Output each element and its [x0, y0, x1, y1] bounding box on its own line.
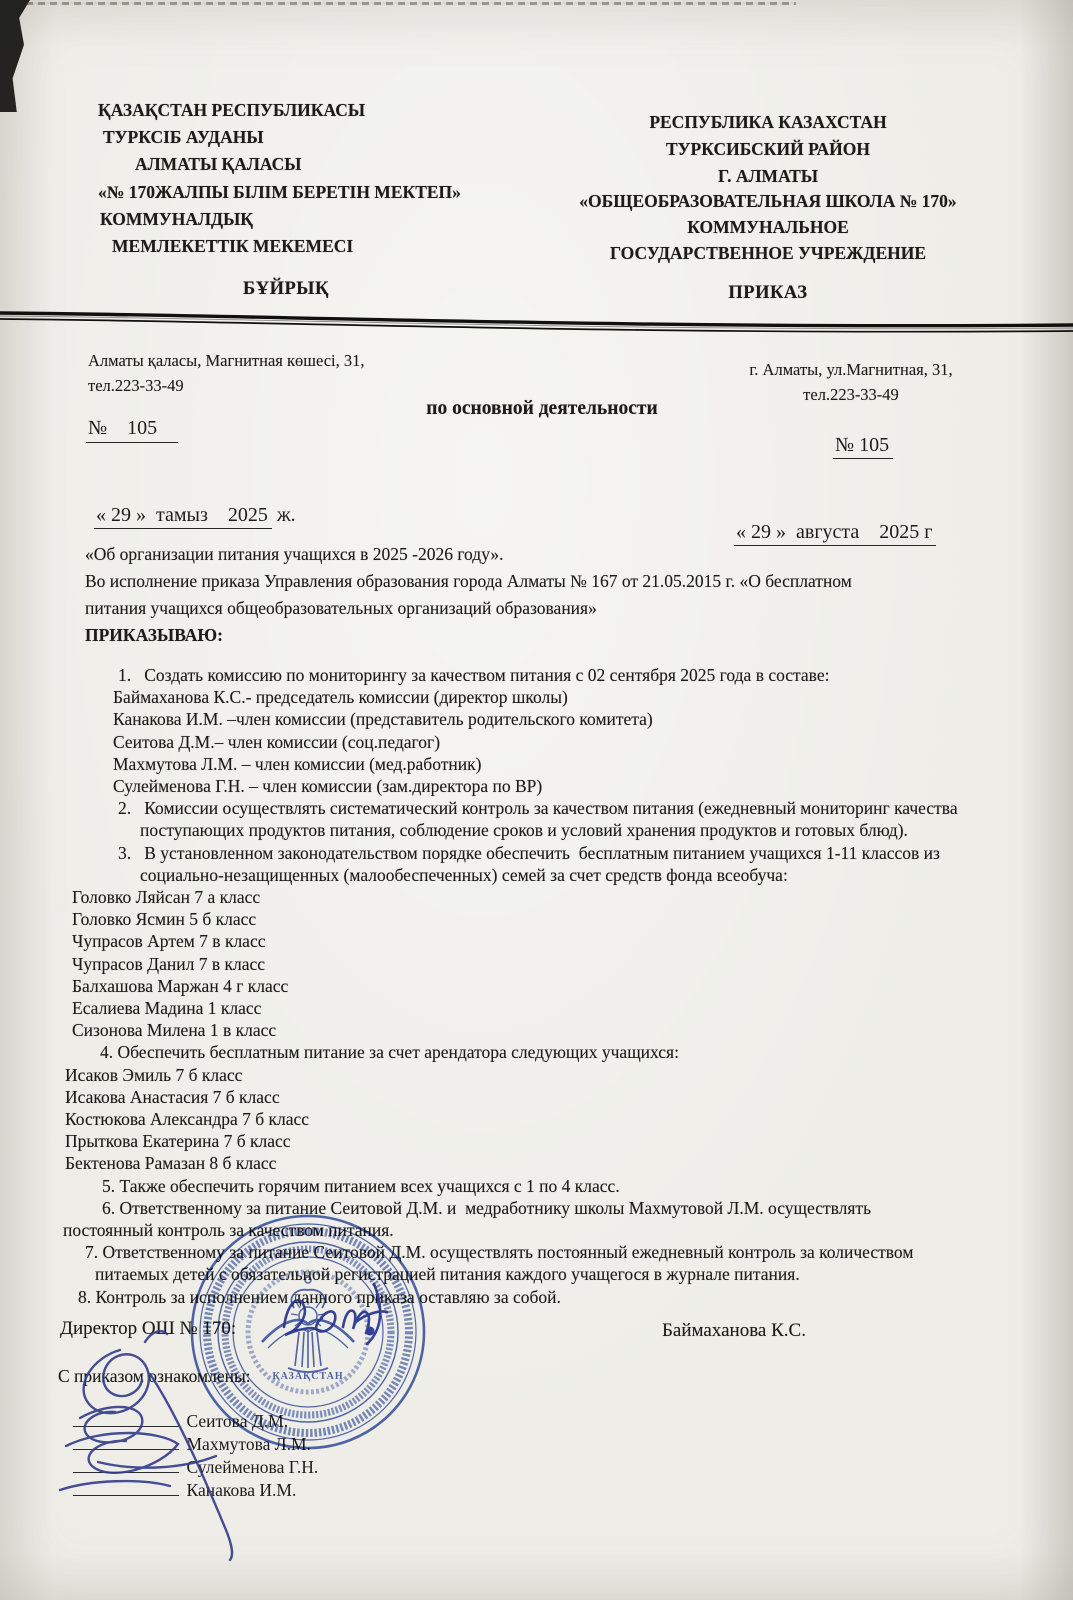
address-line: тел.223-33-49	[88, 373, 365, 398]
order-item-line: социально-незащищенных (малообеспеченных…	[140, 864, 1073, 886]
order-item-line: 3. В установленном законодательством пор…	[118, 842, 1073, 864]
order-directive-word: ПРИКАЗЫВАЮ:	[85, 622, 1073, 649]
commission-member: Сулейменова Г.Н. – член комиссии (зам.ди…	[113, 775, 1073, 797]
student-line: Прыткова Екатерина 7 б класс	[65, 1130, 1073, 1152]
ack-signature-line	[73, 1479, 179, 1496]
divider-rule	[0, 305, 1073, 341]
order-date-suffix: ж.	[272, 504, 296, 526]
letterhead-line: ГОСУДАРСТВЕННОЕ УЧРЕЖДЕНИЕ	[512, 243, 1024, 264]
student-line: Бектенова Рамазан 8 б класс	[65, 1152, 1073, 1174]
director-label: Директор ОШ № 170:	[60, 1318, 236, 1340]
student-line: Чупрасов Данил 7 в класс	[72, 953, 1073, 975]
letterhead-line: МЕМЛЕКЕТТІК МЕКЕМЕСІ	[112, 236, 353, 257]
student-line: Есалиева Мадина 1 класс	[72, 997, 1073, 1019]
order-number-value: № 105	[86, 417, 178, 443]
letterhead-line: Г. АЛМАТЫ	[512, 166, 1024, 187]
student-line: Исакова Анастасия 7 б класс	[65, 1086, 1073, 1108]
order-item-line: 1. Создать комиссию по мониторингу за ка…	[118, 664, 1073, 686]
letterhead-line: «№ 170ЖАЛПЫ БІЛІМ БЕРЕТІН МЕКТЕП»	[98, 182, 461, 203]
order-title-line: «Об организации питания учащихся в 2025 …	[85, 541, 1073, 568]
student-line: Исаков Эмиль 7 б класс	[65, 1064, 1073, 1086]
scanned-order-document: ҚАЗАҚСТАН РЕСПУБЛИКАСЫ ТУРКСІБ АУДАНЫ АЛ…	[0, 0, 1073, 1600]
doc-type-kazakh: БҰЙРЫҚ	[243, 279, 329, 300]
order-number-russian: № 105	[833, 434, 893, 457]
student-line: Головко Ляйсан 7 а класс	[72, 886, 1073, 908]
letterhead-line: КОММУНАЛДЫҚ	[100, 209, 253, 230]
letterhead-line: ТУРКСІБ АУДАНЫ	[103, 127, 264, 148]
order-number-kazakh: № 105	[86, 417, 178, 443]
commission-member: Канакова И.М. –член комиссии (представит…	[113, 708, 1073, 730]
stamp-country-text: ҚАЗАҚСТАН	[272, 1371, 343, 1382]
commission-member: Махмутова Л.М. – член комиссии (мед.рабо…	[113, 753, 1073, 775]
order-date-kazakh: « 29 » тамыз 2025 ж.	[74, 481, 296, 550]
order-body: «Об организации питания учащихся в 2025 …	[0, 541, 1073, 1308]
scan-top-edge-artifact	[26, 2, 796, 5]
student-line: Сизонова Милена 1 в класс	[72, 1019, 1073, 1041]
order-item-line: питаемых детей с обязательной регистраци…	[95, 1263, 1073, 1285]
order-item-line: 2. Комиссии осуществлять систематический…	[118, 797, 1073, 819]
address-kazakh: Алматы қаласы, Магнитная көшесі, 31, тел…	[88, 348, 365, 398]
student-line: Головко Ясмин 5 б класс	[72, 908, 1073, 930]
address-russian: г. Алматы, ул.Магнитная, 31, тел.223-33-…	[735, 357, 967, 407]
order-number-value: № 105	[833, 434, 893, 459]
order-item-line: постоянный контроль за качеством питания…	[63, 1219, 1073, 1241]
order-item-line: 7. Ответственному за питание Сеитовой Д.…	[85, 1241, 1073, 1263]
letterhead-line: АЛМАТЫ ҚАЛАСЫ	[135, 154, 301, 175]
ack-row: Канакова И.М.	[55, 1458, 296, 1522]
order-text-line: Во исполнение приказа Управления образов…	[85, 568, 1073, 595]
address-line: Алматы қаласы, Магнитная көшесі, 31,	[88, 348, 365, 373]
address-line: тел.223-33-49	[735, 382, 967, 407]
order-text-line: питания учащихся общеобразовательных орг…	[85, 595, 1073, 622]
commission-member: Сеитова Д.М.– член комиссии (соц.педагог…	[113, 731, 1073, 753]
ack-name: Канакова И.М.	[187, 1480, 297, 1500]
student-line: Балхашова Маржан 4 г класс	[72, 975, 1073, 997]
commission-member: Баймаханова К.С.- председатель комиссии …	[113, 686, 1073, 708]
order-item-line: 6. Ответственному за питание Сеитовой Д.…	[102, 1197, 1073, 1219]
order-item-line: поступающих продуктов питания, соблюдени…	[140, 819, 1073, 841]
order-date-value: « 29 » тамыз 2025	[94, 504, 272, 529]
letterhead-line: РЕСПУБЛИКА КАЗАХСТАН	[512, 112, 1024, 133]
letterhead-line: КОММУНАЛЬНОЕ	[512, 217, 1024, 238]
order-item-line: 5. Также обеспечить горячим питанием все…	[102, 1175, 1073, 1197]
student-line: Костюкова Александра 7 б класс	[65, 1108, 1073, 1130]
order-item-line: 4. Обеспечить бесплатным питание за счет…	[100, 1041, 1073, 1063]
scan-corner-artifact	[0, 0, 30, 112]
director-name: Баймаханова К.С.	[662, 1320, 806, 1342]
ack-label: С приказом ознакомлены:	[58, 1366, 251, 1387]
letterhead-line: «ОБЩЕОБРАЗОВАТЕЛЬНАЯ ШКОЛА № 170»	[512, 191, 1024, 212]
order-item-line: 8. Контроль за исполнением данного прика…	[78, 1286, 1073, 1308]
doc-type-russian: ПРИКАЗ	[512, 283, 1024, 304]
letterhead-line: ҚАЗАҚСТАН РЕСПУБЛИКАСЫ	[98, 100, 365, 121]
student-line: Чупрасов Артем 7 в класс	[72, 930, 1073, 952]
subject-line: по основной деятельности	[392, 398, 692, 420]
letterhead-line: ТУРКСИБСКИЙ РАЙОН	[512, 139, 1024, 160]
address-line: г. Алматы, ул.Магнитная, 31,	[735, 357, 967, 382]
